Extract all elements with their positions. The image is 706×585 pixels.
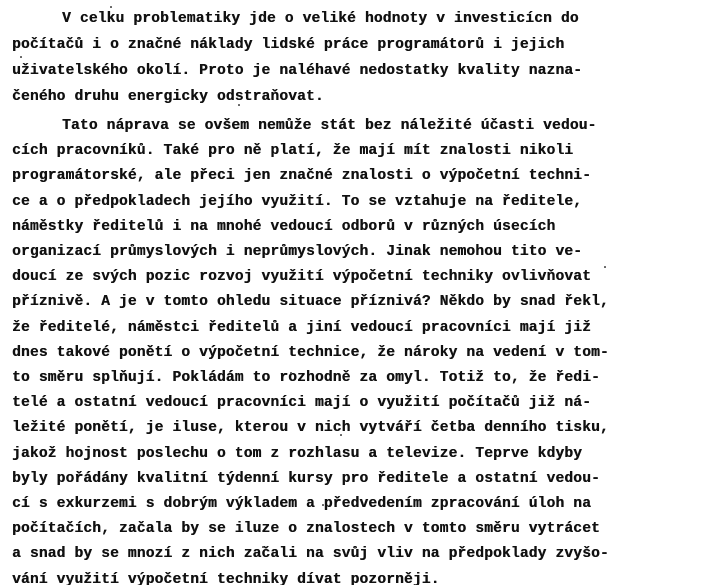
scan-speck [604,266,606,268]
text-line: V celku problematiky jde o veliké hodnot… [62,10,579,28]
text-line: že ředitelé, náměstci ředitelů a jiní ve… [12,319,591,337]
scan-speck [20,56,22,58]
text-line: jakož hojnost poslechu o tom z rozhlasu … [12,445,582,463]
text-line: telé a ostatní vedoucí pracovníci mají o… [12,394,591,412]
text-line: byly pořádány kvalitní týdenní kursy pro… [12,470,600,488]
scan-speck [262,546,264,548]
text-line: a snad by se mnozí z nich začali na svůj… [12,545,609,563]
text-line: programátorské, ale přeci jen značné zna… [12,167,591,185]
text-line: organizací průmyslových i neprůmyslových… [12,243,582,261]
text-line: dnes takové ponětí o výpočetní technice,… [12,344,609,362]
text-line: počítačích, začala by se iluze o znalost… [12,520,600,538]
text-line: cích pracovníků. Také pro ně platí, že m… [12,142,573,160]
document-page: V celku problematiky jde o veliké hodnot… [0,0,706,585]
text-line: vání využití výpočetní techniky dívat po… [12,571,440,585]
text-line: Tato náprava se ovšem nemůže stát bez ná… [62,117,596,135]
text-line: ce a o předpokladech jejího využití. To … [12,193,582,211]
text-line: uživatelského okolí. Proto je naléhavé n… [12,62,582,80]
text-line: ležité ponětí, je iluse, kterou v nich v… [12,419,609,437]
text-line: příznivě. A je v tomto ohledu situace př… [12,293,609,311]
text-line: čeného druhu energicky odstraňovat. [12,88,324,106]
text-line: cí s exkurzemi s dobrým výkladem a předv… [12,495,591,513]
scan-speck [238,104,240,106]
text-line: náměstky ředitelů i na mnohé vedoucí odb… [12,218,555,236]
text-line: počítačů i o značné náklady lidské práce… [12,36,564,54]
scan-speck [290,372,292,374]
scan-speck [322,504,324,506]
text-line: doucí ze svých pozic rozvoj využití výpo… [12,268,591,286]
scan-speck [340,434,342,436]
text-line: to směru splňují. Pokládám to rozhodně z… [12,369,600,387]
scan-speck [110,6,112,8]
